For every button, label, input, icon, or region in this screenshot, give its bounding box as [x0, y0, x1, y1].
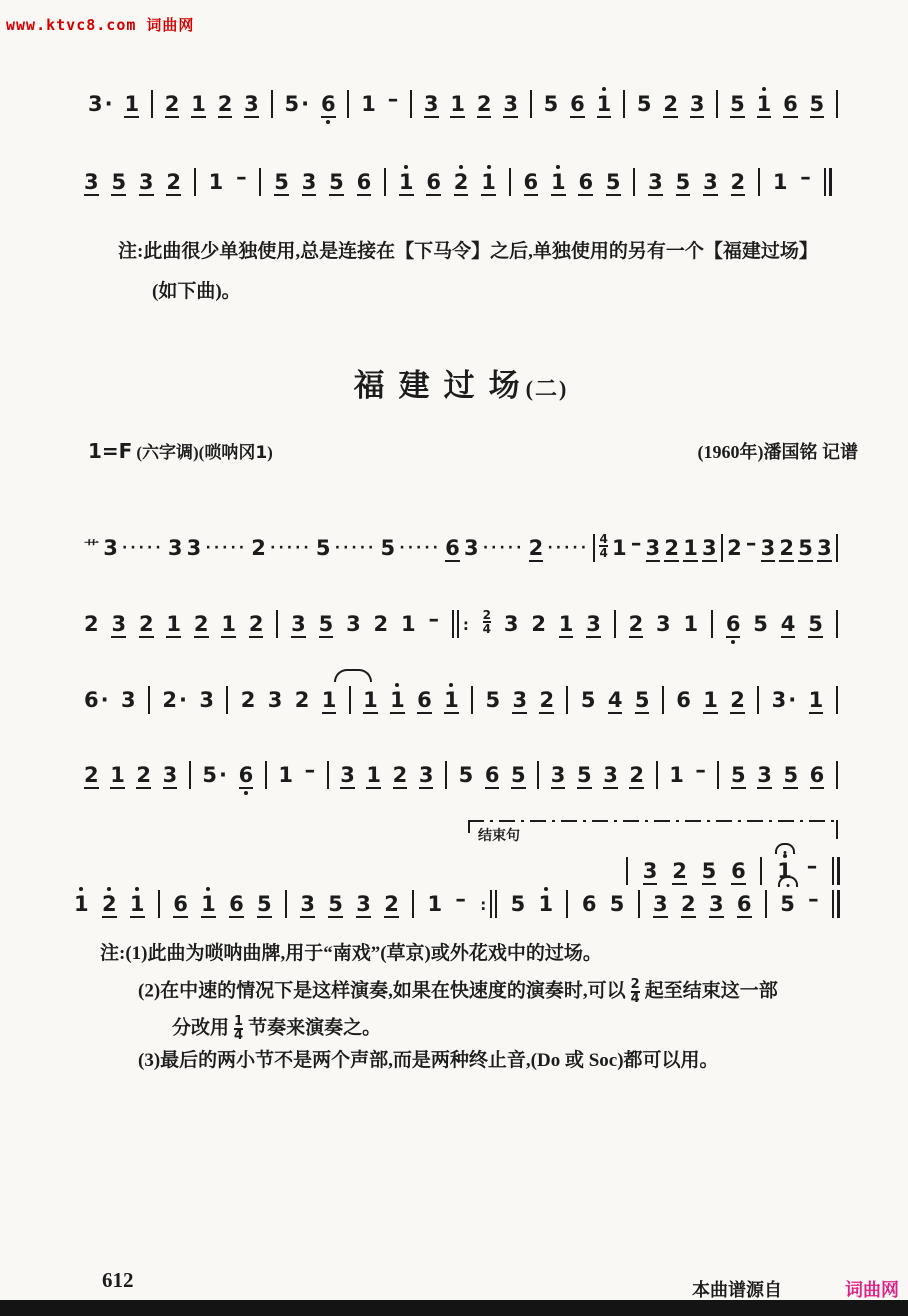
note: 5 [577, 765, 592, 789]
note: 2 [664, 538, 679, 562]
key-value: 1=F [88, 439, 132, 463]
time-fraction-2-4: 24 [631, 979, 640, 1005]
bar-stroke [758, 168, 760, 196]
note: 2 [681, 894, 696, 918]
note: 1 [361, 94, 376, 118]
octave-dot-below [326, 120, 330, 124]
note: 1 [124, 94, 139, 118]
barline [412, 888, 414, 918]
note: 2 [629, 765, 644, 789]
note: 3 [586, 614, 601, 638]
time-signature: 44 [599, 534, 607, 562]
repeat-dots: : [462, 618, 470, 638]
bar-stroke [757, 686, 759, 714]
note: 6 [524, 172, 539, 196]
bar-stroke [824, 168, 826, 196]
note: 2 [295, 690, 310, 714]
barline [711, 608, 713, 638]
dash-note: – [808, 889, 819, 918]
tie-arc [334, 669, 372, 682]
note: 1 [809, 690, 824, 714]
time-signature-denominator: 4 [599, 545, 607, 559]
barline [758, 166, 760, 196]
key-annotation: (六字调)(唢呐冈 [136, 443, 255, 462]
augmentation-dot: · [101, 690, 109, 711]
bar-stroke [285, 890, 287, 918]
bar-stroke [276, 610, 278, 638]
bar-stroke [189, 761, 191, 789]
note: 1 [322, 690, 337, 714]
note: 3 [817, 538, 832, 562]
barline [151, 88, 153, 118]
transcriber-credit: (1960年)潘国铭 记谱 [698, 438, 859, 464]
note: 5 [783, 765, 798, 789]
note: 1 [683, 538, 698, 562]
note: 3 [709, 894, 724, 918]
repeat-dots: : [479, 898, 487, 918]
note: 5 [511, 765, 526, 789]
note: 3 [757, 765, 772, 789]
note: 1 [278, 765, 293, 789]
note: 6 [173, 894, 188, 918]
note: 5 [702, 861, 717, 885]
bar-stroke [412, 890, 414, 918]
key-signature: 1=F (六字调)(唢呐冈1) [88, 438, 273, 463]
bar-stroke [445, 761, 447, 789]
note: 6 [357, 172, 372, 196]
note: 3 [300, 894, 315, 918]
note: 3 [551, 765, 566, 789]
note: 1 [539, 894, 554, 918]
barline [614, 608, 616, 638]
note: 2 [251, 538, 266, 562]
octave-dot-below [244, 791, 248, 795]
note: 6 [417, 690, 432, 714]
note: 5 [257, 894, 272, 918]
barline [721, 532, 723, 562]
note: 5 [731, 765, 746, 789]
note: 1 [191, 94, 206, 118]
footnote-2-post: 起至结束这一部 [645, 980, 778, 1001]
note: 5 [544, 94, 559, 118]
piece-title: 福建过场(二) [0, 360, 908, 405]
note: 1 [74, 894, 89, 918]
bar-stroke [495, 890, 497, 918]
bar-stroke [410, 90, 412, 118]
note: 1 [669, 765, 684, 789]
barline [537, 759, 539, 789]
barline [276, 608, 278, 638]
note: 5 [610, 894, 625, 918]
octave-dot-below [731, 640, 735, 644]
bar-stroke [837, 857, 840, 885]
duration-dots: ····· [335, 541, 377, 562]
note: 5 [606, 172, 621, 196]
duration-dots: ····· [206, 541, 248, 562]
barline [265, 759, 267, 789]
duration-dots: ····· [547, 541, 589, 562]
note: 3 [503, 94, 518, 118]
note: 3 [244, 94, 259, 118]
barline [836, 759, 838, 789]
barline [566, 888, 568, 918]
duration-dots: ····· [399, 541, 441, 562]
note: 2 [531, 614, 546, 638]
barline [633, 166, 635, 196]
bar-stroke [265, 761, 267, 789]
time-signature-numerator: 2 [483, 610, 491, 621]
final-barline [832, 888, 840, 918]
note: 5 [511, 894, 526, 918]
octave-dot-above [395, 683, 399, 687]
note: 3 [356, 894, 371, 918]
note: 3 [168, 538, 183, 562]
repeat-end-barline: : [479, 888, 497, 918]
notation-line-ending-upper: 32561– [626, 853, 840, 885]
bar-stroke [457, 610, 459, 638]
barline [623, 88, 625, 118]
time-signature: 24 [483, 610, 491, 638]
time-fraction-1-4: 14 [234, 1016, 243, 1042]
bracket-left-tick [468, 820, 470, 833]
note: 3 [199, 690, 214, 714]
free-meter-symbol: 艹 [84, 541, 99, 562]
bar-stroke [765, 890, 767, 918]
note: 1 [444, 690, 459, 714]
note: 5 [798, 538, 813, 562]
note: 3 [419, 765, 434, 789]
note: 2 [165, 94, 180, 118]
bar-stroke [566, 686, 568, 714]
bar-stroke [717, 761, 719, 789]
note: 2 [84, 765, 99, 789]
bar-stroke [347, 90, 349, 118]
octave-dot-above [783, 854, 787, 858]
note: 1 [684, 614, 699, 638]
note: 3 [761, 538, 776, 562]
note: 3 [643, 861, 658, 885]
note: 3 [603, 765, 618, 789]
dash-note: – [236, 167, 247, 196]
barline [327, 759, 329, 789]
note: 3 [690, 94, 705, 118]
bar-stroke [836, 610, 838, 638]
augmentation-dot: · [179, 690, 187, 711]
piece-title-number: (二) [526, 376, 569, 401]
note: 5 [780, 894, 795, 918]
note: 1 [366, 765, 381, 789]
dash-note: – [388, 89, 399, 118]
note: 5 [485, 690, 500, 714]
bar-stroke [638, 890, 640, 918]
note: 3 [646, 538, 661, 562]
duration-dots: ····· [122, 541, 164, 562]
note-line-2: (如下曲)。 [118, 272, 842, 312]
note: 3 [84, 172, 99, 196]
barline [566, 684, 568, 714]
barline [410, 88, 412, 118]
note: 2 [218, 94, 233, 118]
octave-dot-above [135, 887, 139, 891]
bar-stroke [593, 534, 595, 562]
note: 6 [810, 765, 825, 789]
bar-stroke [832, 857, 834, 885]
notation-line-2: 232121235321–:2432132316545 [84, 606, 838, 638]
augmentation-dot: · [301, 94, 309, 115]
note: 3 [291, 614, 306, 638]
barline [158, 888, 160, 918]
barline [471, 684, 473, 714]
note: 1 [401, 614, 416, 638]
note: 1 [450, 94, 465, 118]
note: 1 [166, 614, 181, 638]
note: 1 [130, 894, 145, 918]
previous-piece-note: 注:此曲很少单独使用,总是连接在【下马令】之后,单独使用的另有一个【福建过场】 … [118, 232, 842, 312]
barline [716, 88, 718, 118]
note: 2 [241, 690, 256, 714]
key-annotation-number: 1 [255, 443, 267, 463]
note: 3 [187, 538, 202, 562]
note: 1 [399, 172, 414, 196]
fermata [775, 843, 795, 854]
note: 1 [110, 765, 125, 789]
bottom-black-strip [0, 1300, 908, 1316]
bar-stroke [452, 610, 454, 638]
ending-phrase-label: 结束句 [476, 825, 524, 845]
note: 5 [274, 172, 289, 196]
footnote-2-continued: 分改用14节奏来演奏之。 [172, 1016, 381, 1042]
note: 6 [445, 538, 460, 562]
notation-line-prev-2: 35321–53561621616535321– [84, 164, 832, 196]
bar-stroke [716, 90, 718, 118]
note: 2 [727, 538, 742, 562]
time-signature-denominator: 4 [483, 621, 491, 635]
barline [717, 759, 719, 789]
note: 5 [328, 894, 343, 918]
fraction-numerator: 1 [234, 1016, 243, 1028]
barline [189, 759, 191, 789]
bar-stroke [662, 686, 664, 714]
barline [271, 88, 273, 118]
note: 1 [551, 172, 566, 196]
note: 1 [221, 614, 236, 638]
octave-dot-above [404, 165, 408, 169]
note: 3 [346, 614, 361, 638]
note: 2 [374, 614, 389, 638]
note: 1 [427, 894, 442, 918]
note: 3 [464, 538, 479, 562]
note: 5 [581, 690, 596, 714]
dash-note: – [428, 609, 439, 638]
note: 2 [454, 172, 469, 196]
barline [836, 88, 838, 118]
note: 5 [459, 765, 474, 789]
repeat-start-barline: : [452, 608, 470, 638]
barline [626, 855, 628, 885]
octave-dot-above [602, 87, 606, 91]
note: 3 [111, 614, 126, 638]
note: 2 [779, 538, 794, 562]
barline [285, 888, 287, 918]
note: 2· [162, 690, 187, 714]
note: 3 [340, 765, 355, 789]
bar-stroke [836, 761, 838, 789]
note: 5· [202, 765, 227, 789]
dash-note: – [305, 760, 316, 789]
octave-dot-above [206, 887, 210, 891]
note: 4 [608, 690, 623, 714]
note: 1 [703, 690, 718, 714]
augmentation-dot: · [105, 94, 113, 115]
note: 6 [783, 94, 798, 118]
final-barline [824, 166, 832, 196]
dash-note: – [695, 760, 706, 789]
note: 3 [268, 690, 283, 714]
note: 5 [676, 172, 691, 196]
note: 3 [424, 94, 439, 118]
note: 3· [772, 690, 797, 714]
notation-line-1: 艹3·····33·····2·····5·····5·····63·····2… [84, 530, 838, 562]
bar-stroke [832, 890, 834, 918]
note: 3 [653, 894, 668, 918]
note: 3 [648, 172, 663, 196]
bar-stroke [327, 761, 329, 789]
bracket-right-tick [836, 820, 838, 839]
barline [638, 888, 640, 918]
footnote-2: (2)在中速的情况下是这样演奏,如果在快速度的演奏时,可以24起至结束这一部 [138, 979, 778, 1005]
footnote-3-pre: 分改用 [172, 1017, 229, 1038]
note: 3 [103, 538, 118, 562]
barline [662, 684, 664, 714]
bar-stroke [537, 761, 539, 789]
barline [836, 608, 838, 638]
note: 1 [597, 94, 612, 118]
note: 6 [737, 894, 752, 918]
octave-dot-above [544, 887, 548, 891]
barline [656, 759, 658, 789]
note: 6 [239, 765, 254, 789]
note: 3 [656, 614, 671, 638]
barline [593, 532, 595, 562]
bar-stroke [158, 890, 160, 918]
note: 6 [426, 172, 441, 196]
bar-stroke [151, 90, 153, 118]
key-credit-row: 1=F (六字调)(唢呐冈1) (1960年)潘国铭 记谱 [88, 438, 858, 464]
bar-stroke [711, 610, 713, 638]
key-annotation-close: ) [267, 443, 273, 462]
note: 2 [102, 894, 117, 918]
source-site-name: 词曲网 [845, 1276, 899, 1302]
note: 2 [539, 690, 554, 714]
dash-note: – [800, 167, 811, 196]
bar-stroke [148, 686, 150, 714]
note: 2 [529, 538, 544, 562]
note: 3 [504, 614, 519, 638]
bar-stroke [829, 168, 832, 196]
note: 5 [635, 690, 650, 714]
bar-stroke [471, 686, 473, 714]
bar-stroke [836, 534, 838, 562]
note: 1 [612, 538, 627, 562]
note: 5 [808, 614, 823, 638]
dash-note: – [455, 889, 466, 918]
bar-stroke [530, 90, 532, 118]
barline [347, 88, 349, 118]
note: 5 [810, 94, 825, 118]
bar-stroke [614, 610, 616, 638]
barline [194, 166, 196, 196]
note: 2 [672, 861, 687, 885]
bar-stroke [349, 686, 351, 714]
bar-stroke [271, 90, 273, 118]
octave-dot-above [107, 887, 111, 891]
note: 6 [229, 894, 244, 918]
footnote-2-pre: (2)在中速的情况下是这样演奏,如果在快速度的演奏时,可以 [138, 980, 626, 1001]
source-prefix: 本曲谱源自 [692, 1276, 782, 1302]
note: 3 [302, 172, 317, 196]
note-text: 此曲很少单独使用,总是连接在【下马令】之后,单独使用的另有一个【福建过场】 [143, 241, 818, 262]
bar-stroke [194, 168, 196, 196]
note: 5 [730, 94, 745, 118]
dash-note: – [746, 533, 757, 562]
note: 2 [384, 894, 399, 918]
octave-dot-above [79, 887, 83, 891]
bar-stroke [259, 168, 261, 196]
barline [148, 684, 150, 714]
barline [760, 855, 762, 885]
sheet-music-page: www.ktvc8.com 词曲网 3·121235·61–3123561523… [0, 0, 908, 1316]
bar-stroke [760, 857, 762, 885]
note: 2 [731, 172, 746, 196]
time-signature-numerator: 4 [599, 534, 607, 545]
duration-dots: ····· [270, 541, 312, 562]
bar-stroke [633, 168, 635, 196]
note: 1 [209, 172, 224, 196]
octave-dot-above [556, 165, 560, 169]
barline [757, 684, 759, 714]
barline [836, 684, 838, 714]
barline [836, 532, 838, 562]
bracket-dash-line [468, 820, 838, 822]
final-barline [832, 855, 840, 885]
bar-stroke [626, 857, 628, 885]
bar-stroke [721, 534, 723, 562]
piece-title-main: 福建过场 [354, 368, 534, 403]
note: 3 [163, 765, 178, 789]
bar-stroke [566, 890, 568, 918]
note: 6 [570, 94, 585, 118]
augmentation-dot: · [788, 690, 796, 711]
barline-with-tie [349, 684, 351, 714]
note: 5 [316, 538, 331, 562]
note-line-1: 注:此曲很少单独使用,总是连接在【下马令】之后,单独使用的另有一个【福建过场】 [118, 232, 842, 272]
octave-dot-above [449, 683, 453, 687]
fermata-dot [786, 884, 789, 887]
watermark-text: www.ktvc8.com 词曲网 [6, 14, 194, 35]
note: 3· [88, 94, 113, 118]
octave-dot-above [487, 165, 491, 169]
footnote-3: (3)最后的两小节不是两个声部,而是两种终止音,(Do 或 Soc)都可以用。 [138, 1049, 719, 1074]
note: 3 [139, 172, 154, 196]
note: 1 [481, 172, 496, 196]
note: 2 [139, 614, 154, 638]
duration-dots: ····· [483, 541, 525, 562]
note: 3 [703, 172, 718, 196]
note: 5· [284, 94, 309, 118]
note: 6 [726, 614, 741, 638]
octave-dot-above [459, 165, 463, 169]
barline [226, 684, 228, 714]
